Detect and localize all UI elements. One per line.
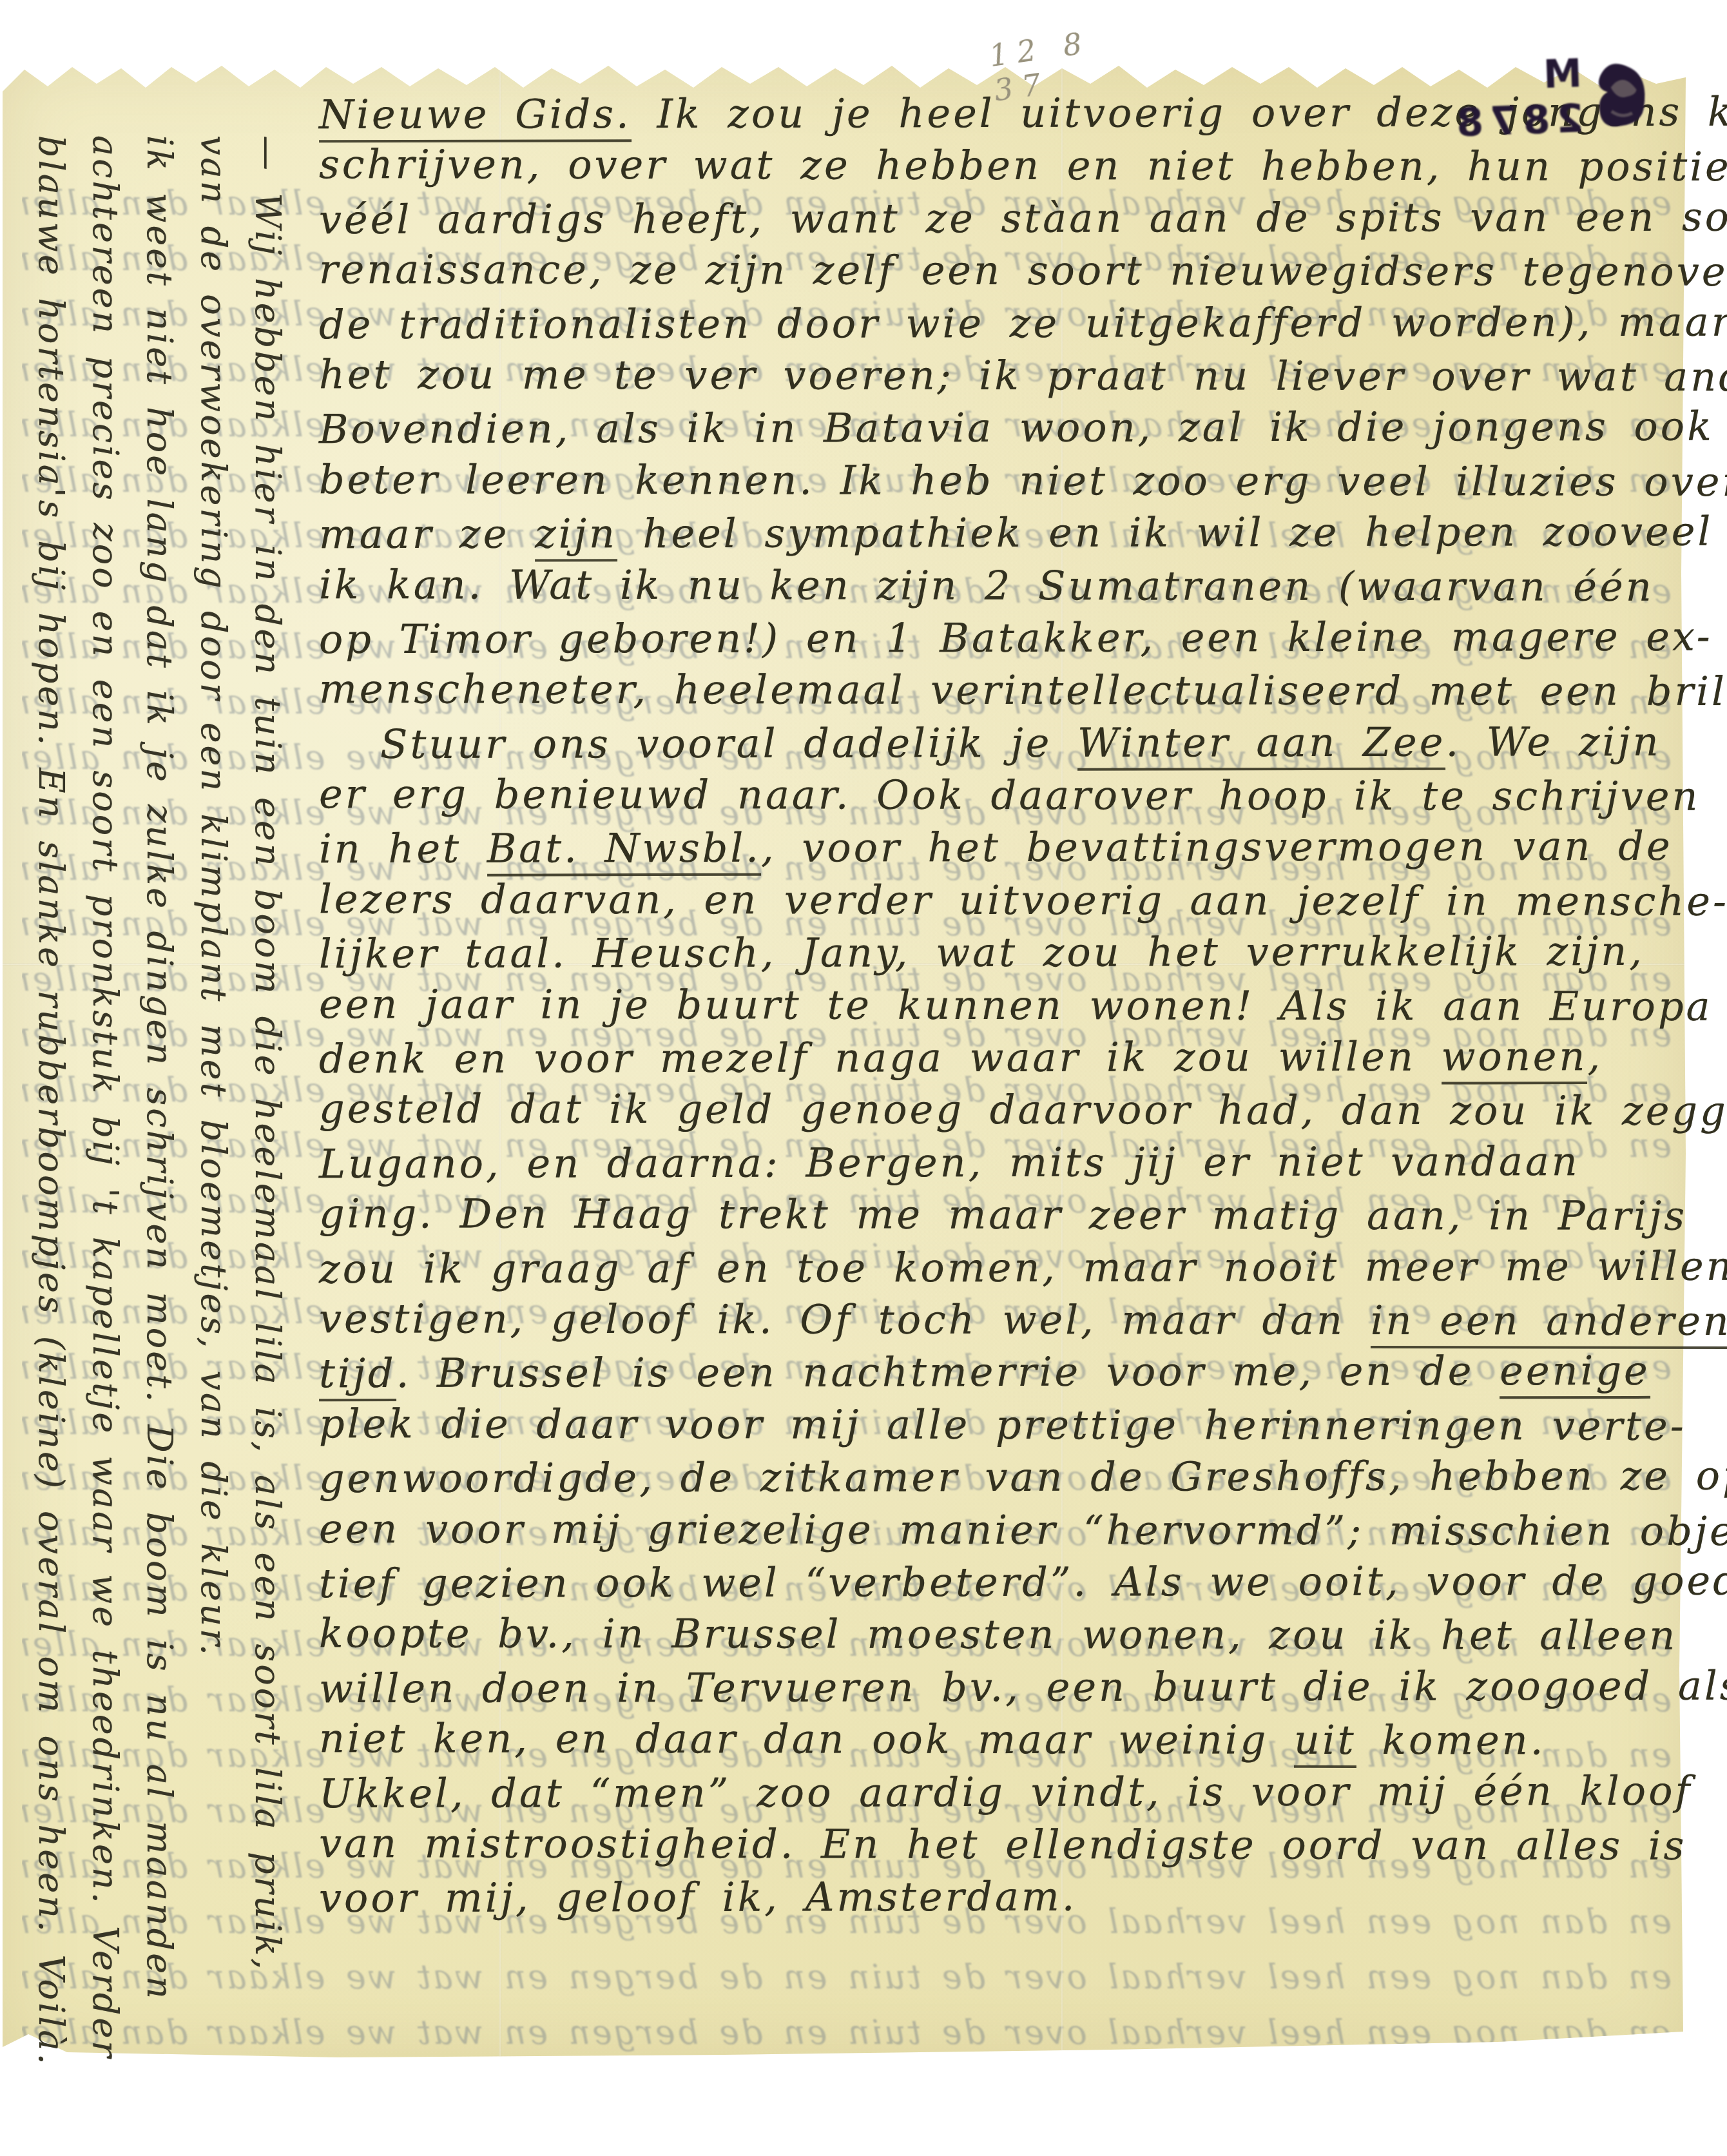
text-segment: komen.	[1356, 1716, 1546, 1764]
text-segment: in het	[319, 825, 487, 873]
letter-line-17: lijker taal. Heusch, Jany, wat zou het v…	[319, 927, 1672, 982]
letter-line-31: willen doen in Tervueren bv., een buurt …	[319, 1662, 1672, 1717]
text-segment: Stuur ons vooral dadelijk je	[380, 719, 1077, 768]
letter-line-13: Stuur ons vooral dadelijk je Winter aan …	[380, 717, 1672, 773]
letter-line-4: renaissance, ze zijn zelf een soort nieu…	[319, 245, 1672, 300]
text-segment: eenige	[1500, 1347, 1650, 1399]
text-segment: ik weet niet hoe lang dat ik je zulke di…	[139, 135, 180, 2001]
text-segment: van de overwoekering door een klimplant …	[193, 135, 234, 1658]
text-segment: zijn	[535, 510, 617, 561]
letter-line-11: op Timor geboren!) en 1 Batakker, een kl…	[319, 612, 1672, 668]
inventory-stamp: M 2878	[1442, 45, 1657, 149]
text-segment: . Brussel is een nachtmerrie voor me, en…	[396, 1348, 1500, 1397]
letter-line-24: vestigen, geloof ik. Of toch wel, maar d…	[319, 1294, 1672, 1349]
letter-line-27: genwoordigde, de zitkamer van de Greshof…	[319, 1452, 1672, 1507]
letter-line-8: beter leeren kennen. Ik heb niet zoo erg…	[319, 455, 1672, 510]
letter-line-23: zou ik graag af en toe komen, maar nooit…	[319, 1241, 1672, 1297]
text-segment: ik kan. Wat ik nu ken zijn 2 Sumatranen …	[319, 561, 1654, 610]
text-segment: uit	[1294, 1716, 1356, 1768]
text-segment: Nieuwe Gids.	[319, 90, 632, 142]
letter-line-7: Bovendien, als ik in Batavia woon, zal i…	[319, 402, 1672, 458]
text-segment: willen doen in Tervueren bv., een buurt …	[319, 1662, 1727, 1712]
letter-line-28: een voor mij griezelige manier “hervormd…	[319, 1504, 1672, 1559]
letter-line-32: niet ken, en daar dan ook maar weinig ui…	[319, 1714, 1672, 1769]
letter-line-30: koopte bv., in Brussel moesten wonen, zo…	[319, 1609, 1672, 1664]
text-segment: renaissance, ze zijn zelf een soort nieu…	[319, 246, 1727, 295]
letter-line-22: ging. Den Haag trekt me maar zeer matig …	[319, 1189, 1672, 1244]
text-segment: ging. Den Haag trekt me maar zeer matig …	[319, 1190, 1687, 1239]
letter-line-34: van mistroostigheid. En het ellendigste …	[319, 1819, 1672, 1874]
text-segment: niet ken, en daar dan ook maar weinig	[319, 1714, 1294, 1763]
letter-line-9: maar ze zijn heel sympathiek en ik wil z…	[319, 507, 1672, 563]
text-segment: — Wij hebben hier in den tuin een boom d…	[247, 135, 288, 1972]
text-segment: het zou me te ver voeren; ik praat nu li…	[319, 351, 1727, 400]
letter-line-18: een jaar in je buurt te kunnen wonen! Al…	[319, 980, 1672, 1034]
text-segment: denk en voor mezelf naga waar ik zou wil…	[319, 1033, 1442, 1083]
letter-line-5: de traditionalisten door wie ze uitgekaf…	[319, 297, 1672, 353]
letter-line-26: plek die daar voor mij alle prettige her…	[319, 1399, 1672, 1454]
letter-line-14: er erg benieuwd naar. Ook daarover hoop …	[319, 770, 1672, 824]
text-segment: zou ik graag af en toe komen, maar nooit…	[319, 1242, 1727, 1292]
text-segment: schrijven, over wat ze hebben en niet he…	[319, 141, 1727, 191]
margin-line-5: blauwe hortensia's bij hopen. En slanke …	[23, 135, 77, 2037]
text-segment: Bat. Nwsbl.	[487, 824, 761, 877]
margin-line-1: — Wij hebben hier in den tuin een boom d…	[239, 135, 293, 2037]
text-segment: menscheneter, heelemaal verintellectuali…	[319, 665, 1727, 715]
text-segment: beter leeren kennen. Ik heb niet zoo erg…	[319, 456, 1727, 505]
text-segment: plek die daar voor mij alle prettige her…	[319, 1400, 1686, 1450]
text-segment: op Timor geboren!) en 1 Batakker, een kl…	[319, 613, 1713, 663]
margin-line-4: achtereen precies zoo en een soort pronk…	[77, 135, 131, 2037]
text-segment: een jaar in je buurt te kunnen wonen! Al…	[319, 980, 1713, 1030]
scan-root: { "meta": { "document_kind": "handwritte…	[0, 0, 1727, 2156]
text-segment: ,	[1587, 1033, 1603, 1080]
stamp-crest-icon	[1590, 50, 1658, 139]
letter-line-21: Lugano, en daarna: Bergen, mits jij er n…	[319, 1137, 1672, 1192]
letter-line-33: Ukkel, dat “men” zoo aardig vindt, is vo…	[319, 1766, 1672, 1821]
letter-line-25: tijd. Brussel is een nachtmerrie voor me…	[319, 1346, 1672, 1402]
letter-line-20: gesteld dat ik geld genoeg daarvoor had,…	[319, 1085, 1672, 1140]
letter-line-3: véél aardigs heeft, want ze stàan aan de…	[319, 193, 1672, 248]
letter-line-16: lezers daarvan, en verder uitvoerig aan …	[319, 875, 1672, 929]
text-segment: er erg benieuwd naar. Ook daarover hoop …	[319, 770, 1701, 820]
text-segment: voor mij, geloof ik, Amsterdam.	[319, 1873, 1077, 1921]
text-segment: vestigen, geloof ik. Of toch wel, maar d…	[319, 1295, 1371, 1344]
text-segment: achtereen precies zoo en een soort pronk…	[85, 135, 126, 2060]
letter-line-35: voor mij, geloof ik, Amsterdam.	[319, 1871, 1672, 1927]
text-segment: véél aardigs heeft, want ze stàan aan de…	[319, 193, 1727, 243]
text-segment: koopte bv., in Brussel moesten wonen, zo…	[319, 1609, 1677, 1659]
text-segment: Ukkel, dat “men” zoo aardig vindt, is vo…	[319, 1767, 1693, 1816]
letter-line-29: tief gezien ook wel “verbeterd”. Als we …	[319, 1557, 1672, 1612]
letter-line-6: het zou me te ver voeren; ik praat nu li…	[319, 350, 1672, 405]
text-segment: blauwe hortensia's bij hopen. En slanke …	[31, 135, 72, 2067]
text-segment: maar ze	[319, 510, 535, 558]
text-segment: Lugano, en daarna: Bergen, mits jij er n…	[319, 1138, 1580, 1187]
margin-line-3: ik weet niet hoe lang dat ik je zulke di…	[131, 135, 185, 2037]
text-segment: wonen	[1441, 1033, 1587, 1084]
letter-line-12: menscheneter, heelemaal verintellectuali…	[319, 665, 1672, 719]
text-segment: de traditionalisten door wie ze uitgekaf…	[319, 298, 1727, 348]
text-segment: heel sympathiek en ik wil ze helpen zoov…	[617, 508, 1713, 558]
text-segment: Winter aan Zee	[1077, 718, 1446, 770]
letter-line-19: denk en voor mezelf naga waar ik zou wil…	[319, 1032, 1672, 1087]
text-segment: , voor het bevattingsvermogen van de	[761, 822, 1673, 871]
text-segment: genwoordigde, de zitkamer van de Greshof…	[319, 1452, 1727, 1502]
margin-note: — Wij hebben hier in den tuin een boom d…	[23, 135, 293, 2037]
text-segment: . We zijn	[1445, 718, 1661, 766]
text-segment: een voor mij griezelige manier “hervormd…	[319, 1505, 1727, 1555]
text-segment: tijd	[319, 1350, 396, 1401]
letter-line-10: ik kan. Wat ik nu ken zijn 2 Sumatranen …	[319, 560, 1672, 615]
text-segment: in een anderen	[1371, 1297, 1727, 1349]
margin-line-2: van de overwoekering door een klimplant …	[185, 135, 239, 2037]
text-segment: lijker taal. Heusch, Jany, wat zou het v…	[319, 927, 1645, 977]
letter-line-15: in het Bat. Nwsbl., voor het bevattingsv…	[319, 822, 1672, 877]
text-segment: tief gezien ook wel “verbeterd”. Als we …	[319, 1557, 1727, 1607]
text-segment: gesteld dat ik geld genoeg daarvoor had,…	[319, 1085, 1727, 1135]
letter-body: Nieuwe Gids. Ik zou je heel uitvoerig ov…	[319, 89, 1672, 1925]
text-segment: van mistroostigheid. En het ellendigste …	[319, 1820, 1686, 1869]
stamp-number: M 2878	[1442, 51, 1585, 146]
text-segment: Bovendien, als ik in Batavia woon, zal i…	[319, 403, 1714, 453]
text-segment: lezers daarvan, en verder uitvoerig aan …	[319, 875, 1727, 925]
